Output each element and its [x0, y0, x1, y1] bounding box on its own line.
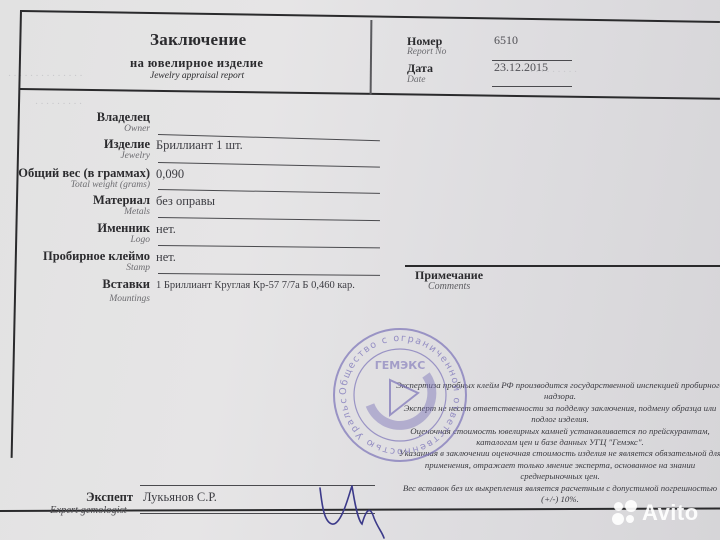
date-underline: [492, 86, 572, 87]
expert-label-en: Expert gemologist: [50, 505, 127, 516]
avito-watermark: Avito: [612, 500, 699, 526]
comments-divider-line: [405, 265, 720, 267]
report-number-label-en: Report No: [407, 47, 446, 57]
field-value: без оправы: [156, 194, 215, 209]
field-label: Именник: [97, 221, 150, 236]
field-value: нет.: [156, 222, 176, 237]
date-label: Дата: [407, 61, 433, 76]
field-underline: [158, 273, 380, 276]
date-value: 23.12.2015: [494, 60, 548, 75]
expert-name: Лукьянов С.Р.: [143, 490, 217, 505]
field-value: 1 Бриллиант Круглая Кр-57 7/7а Б 0,460 к…: [156, 280, 355, 291]
signature: [300, 480, 420, 540]
field-value: нет.: [156, 250, 176, 265]
show-through-text: · · · · · · · · ·: [35, 98, 82, 110]
field-label-en: Total weight (grams): [71, 180, 150, 190]
field-value: 0,090: [156, 167, 184, 182]
document-subtitle-en: Jewelry appraisal report: [150, 71, 244, 81]
expert-label: Экспепт: [86, 490, 133, 505]
field-label-en: Metals: [124, 207, 150, 217]
field-value: Бриллиант 1 шт.: [156, 138, 243, 153]
field-label-en: Mountings: [109, 294, 150, 304]
company-seal-stamp: Общество с ограниченной ответственностью…: [330, 325, 470, 465]
field-label-en: Owner: [124, 124, 150, 134]
field-label: Материал: [93, 193, 150, 208]
appraisal-document: · · · · · · · · · · · · · · · · · · · · …: [0, 0, 720, 540]
field-underline: [158, 245, 380, 248]
field-label-en: Stamp: [126, 263, 150, 273]
comments-title-en: Comments: [428, 281, 470, 292]
field-label: Пробирное клеймо: [43, 249, 150, 264]
date-label-en: Date: [407, 75, 425, 85]
field-label: Изделие: [104, 137, 150, 152]
avito-watermark-text: Avito: [642, 500, 699, 526]
field-label-en: Logo: [130, 235, 150, 245]
header-separator: [370, 20, 373, 95]
field-underline: [158, 162, 380, 168]
report-number-value: 6510: [494, 33, 518, 48]
field-label-en: Jewelry: [120, 151, 150, 161]
document-title: Заключение: [150, 30, 246, 50]
field-label: Владелец: [97, 110, 150, 125]
document-subtitle: на ювелирное изделие: [130, 56, 263, 71]
seal-inner-text: ГЕМЭКС: [375, 359, 426, 372]
field-label: Вставки: [102, 277, 150, 292]
field-label: Общий вес (в граммах): [18, 166, 150, 181]
field-underline: [158, 217, 380, 221]
avito-logo-icon: [612, 500, 638, 526]
